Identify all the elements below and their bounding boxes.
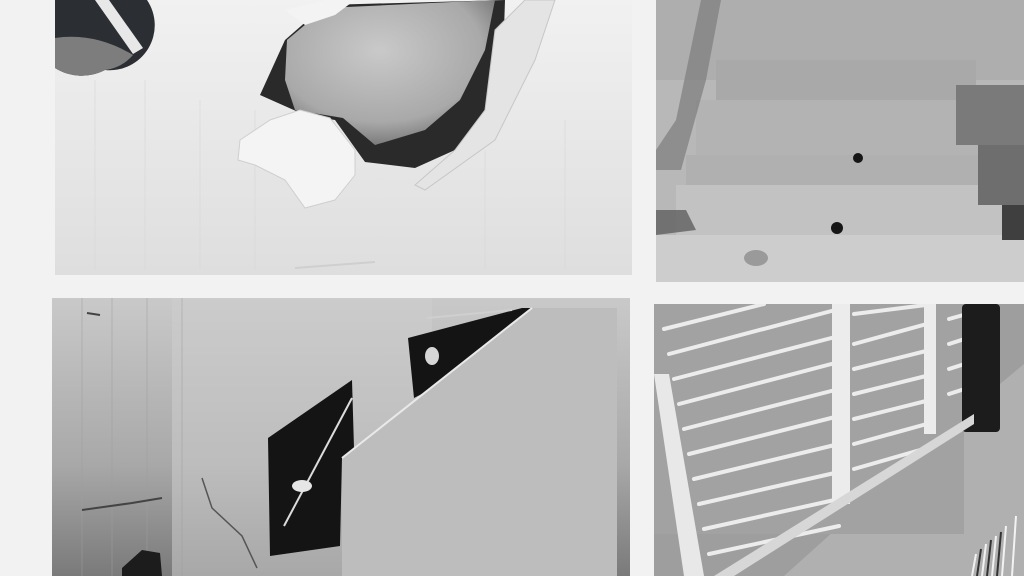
photo-bottom-left-cracked-wall	[52, 298, 630, 576]
photo-top-left-torn-wall	[55, 0, 632, 275]
dark-post-icon	[962, 304, 1000, 432]
torn-wall-illustration	[55, 0, 632, 275]
staircase-illustration	[656, 0, 1024, 282]
cracked-wall-illustration	[52, 298, 630, 576]
railing-illustration	[654, 304, 1024, 576]
photo-top-right-staircase	[656, 0, 1024, 282]
bolt-hole-icon	[853, 153, 863, 163]
bolt-hole-icon	[831, 222, 843, 234]
photo-bottom-right-railing	[654, 304, 1024, 576]
